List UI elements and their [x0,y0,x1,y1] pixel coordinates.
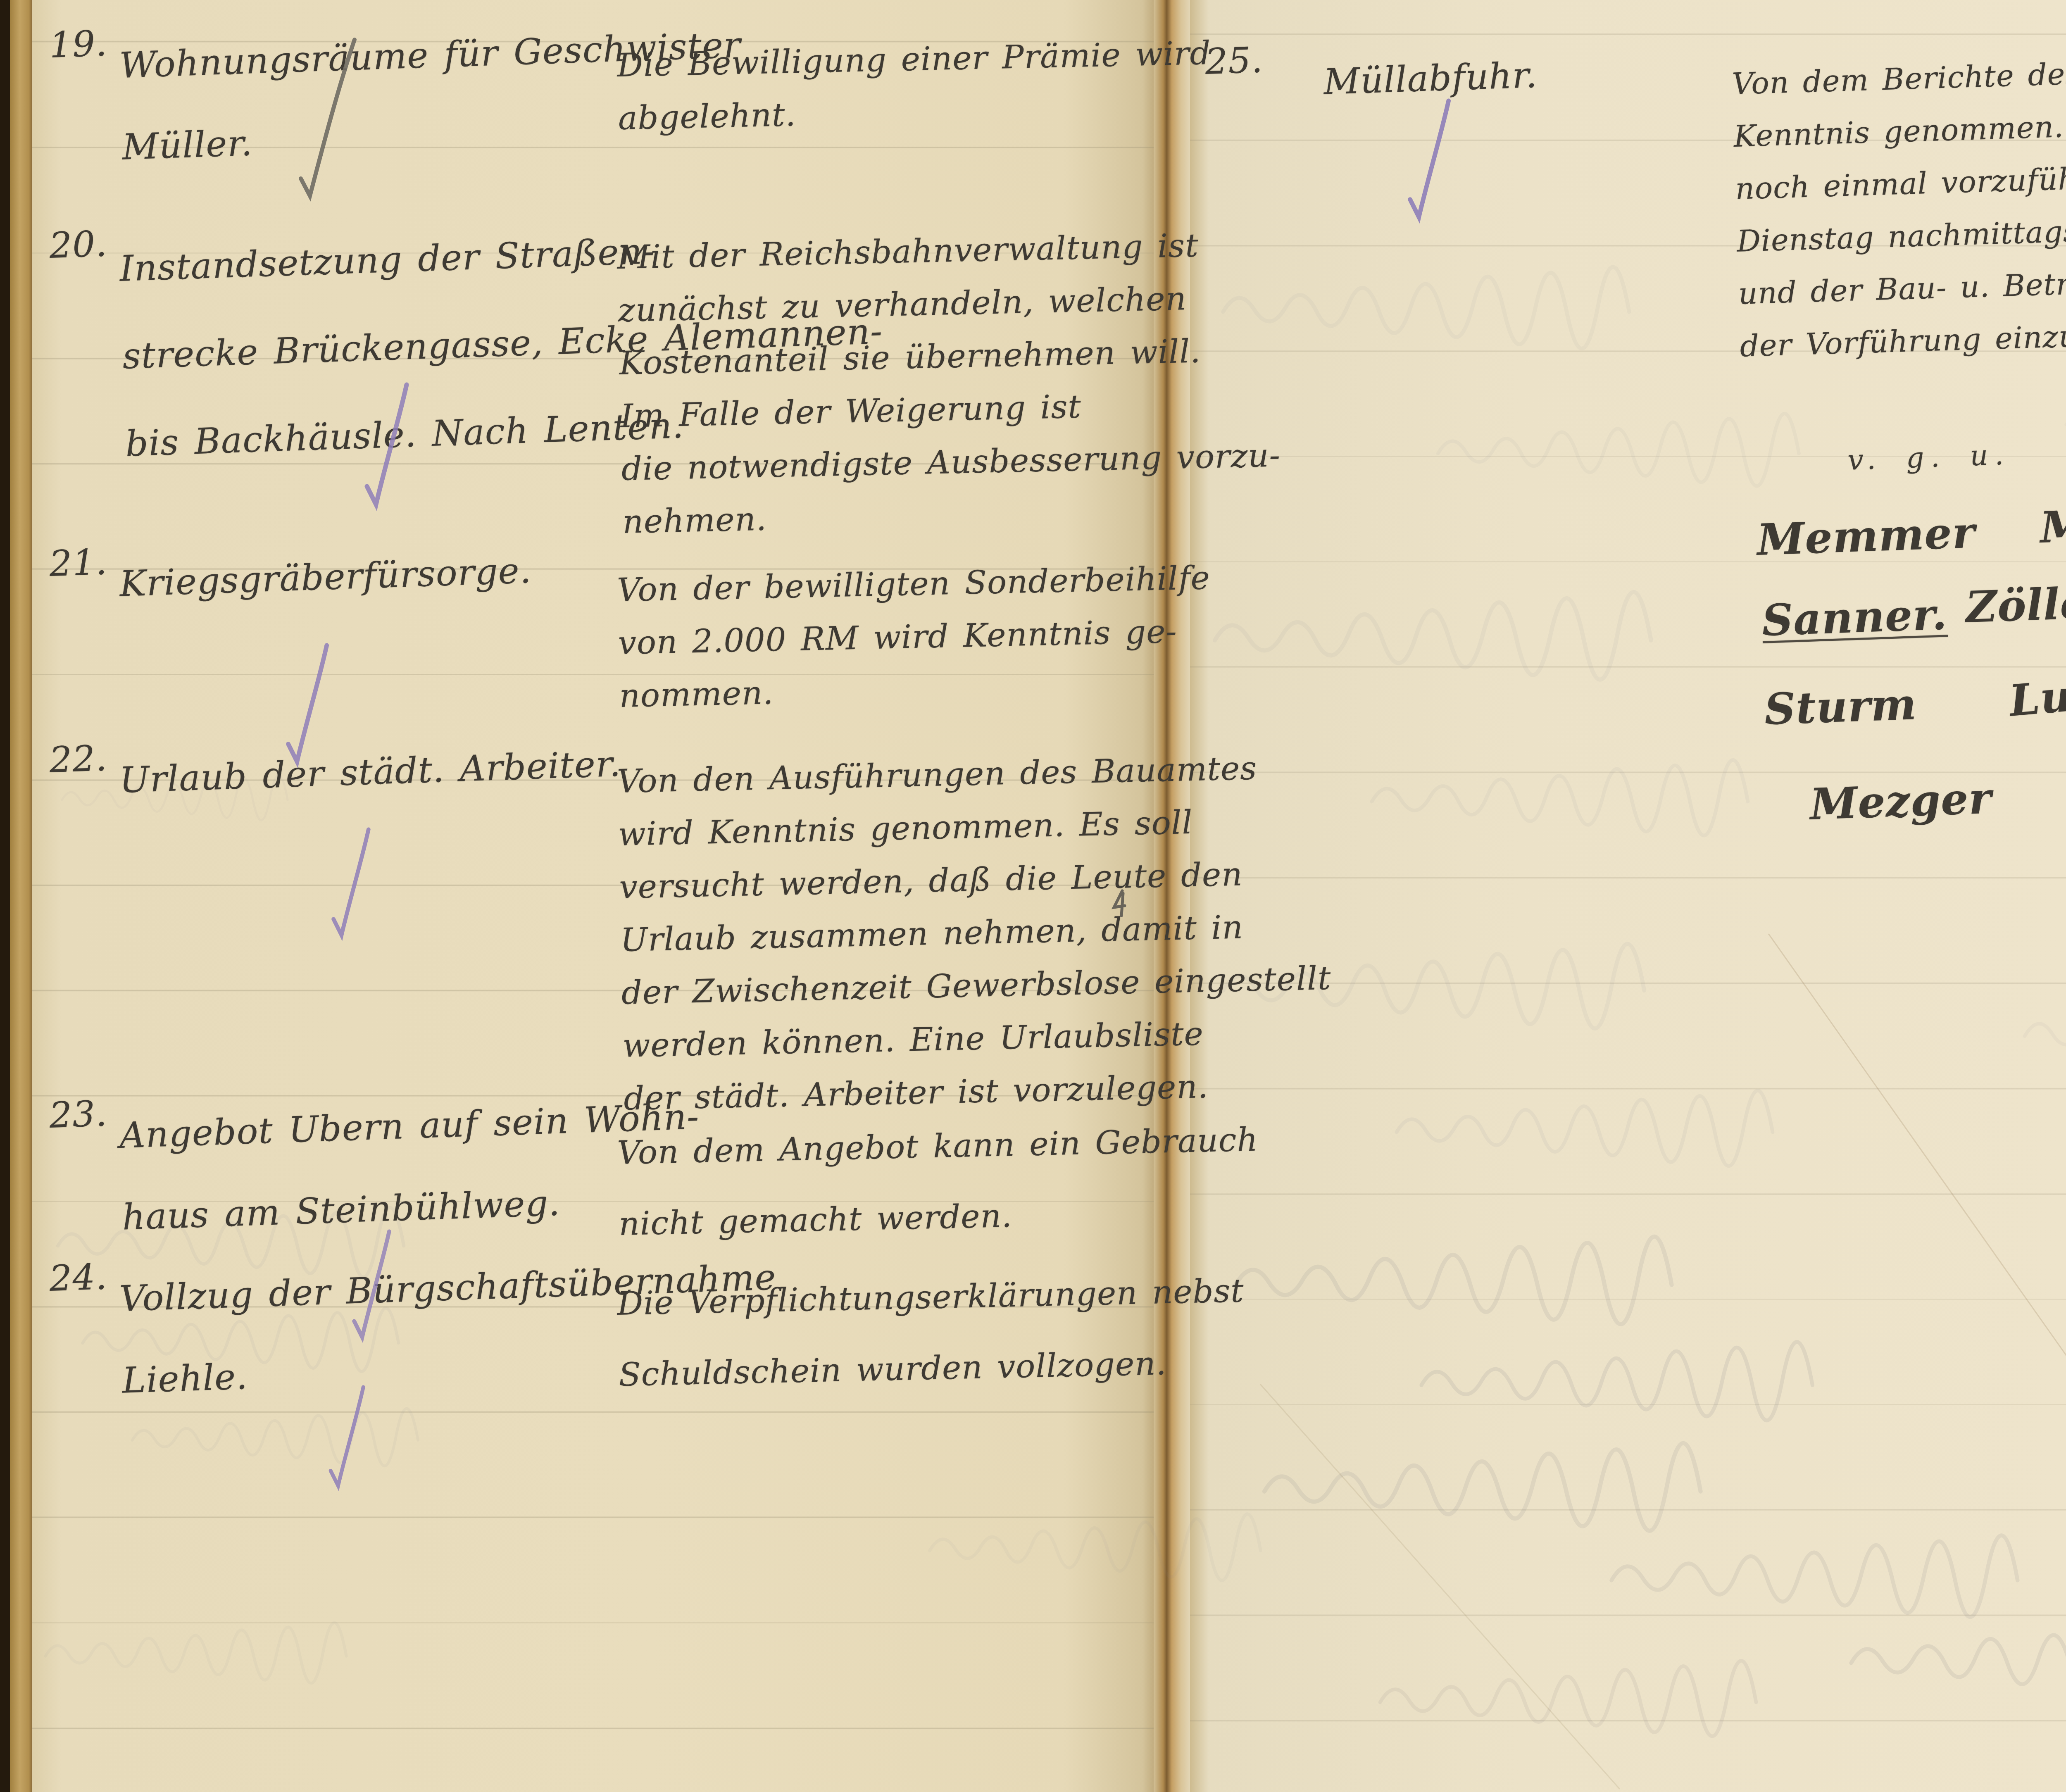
entry-20-resolution: Mit der Reichsbahnverwaltung ist zunächs… [616,218,1282,549]
check-mark-icon [330,827,375,951]
entry-22-resolution: Von den Ausführungen des Bauamtes wird K… [616,740,1334,1126]
check-mark-icon [284,36,359,202]
entry-21-number: 21. [49,541,108,585]
ink-smudge-mark [1110,888,1131,919]
closing-formula: v. g. u. [1847,438,2011,477]
entry-23-number: 23. [49,1093,108,1136]
check-mark-icon [284,643,334,779]
signature: Memmer [1756,507,1976,565]
entry-19-resolution: Die Bewilligung einer Prämie wird abgele… [616,27,1212,145]
entry-21-title: Kriegsgräberfürsorge. [118,530,533,625]
entry-21-resolution: Von der bewilligten Sonderbeihilfe von 2… [616,552,1213,723]
entry-22-number: 22. [49,738,108,781]
check-mark-icon [326,1385,371,1501]
check-mark-icon [1404,98,1458,235]
entry-24-resolution: Die Verpflichtungserklärungen nebst Schu… [616,1255,1246,1411]
entry-19-number: 19. [49,23,108,66]
signature: Mezger [1809,773,1992,830]
check-mark-icon [350,1229,396,1353]
entry-25-resolution: Von dem Berichte des Herrn Sturm wird Ke… [1731,38,2066,373]
signature: Sanner. [1761,588,1948,646]
ledger-scan: 19. Wohnungsräume für Geschwister Müller… [0,0,2066,1792]
entry-22-title: Urlaub der städt. Arbeiter. [118,723,622,821]
signature: Zöller [1965,577,2066,633]
entry-23-resolution: Von dem Angebot kann ein Gebrauch nicht … [616,1104,1260,1260]
entry-25-number: 25. [1204,39,1264,83]
book-edge-tan [10,0,32,1792]
check-mark-icon [364,374,413,531]
entry-24-number: 24. [49,1256,108,1299]
book-edge-dark [0,0,10,1792]
signature: Sturm [1764,678,1918,735]
entry-23-title: Angebot Ubern auf sein Wohn- haus am Ste… [118,1076,703,1258]
signature: Müller [2039,496,2066,553]
entry-20-number: 20. [49,223,108,267]
